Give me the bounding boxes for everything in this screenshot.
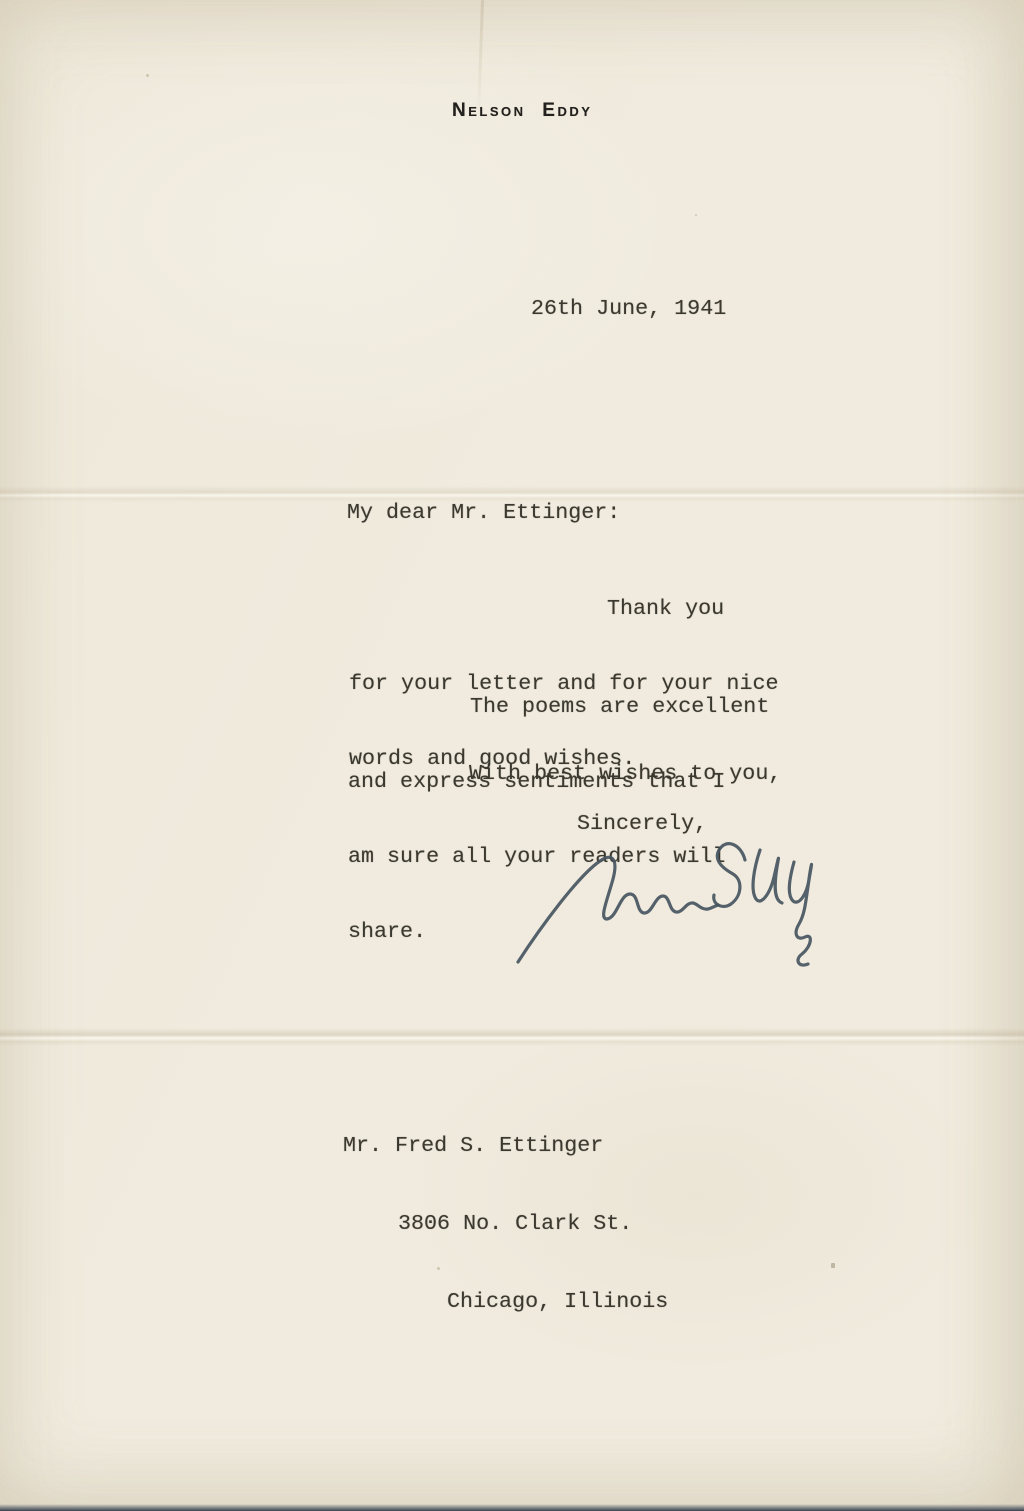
signature-stroke-dy xyxy=(789,862,811,965)
body-line: Thank you xyxy=(607,596,778,621)
closing-line: With best wishes to you, xyxy=(469,761,781,786)
recipient-street: 3806 No. Clark St. xyxy=(398,1211,668,1237)
paper-speck xyxy=(695,214,697,216)
salutation: My dear Mr. Ettinger: xyxy=(347,500,620,525)
date-line: 26th June, 1941 xyxy=(531,296,726,321)
recipient-name: Mr. Fred S. Ettinger xyxy=(343,1133,668,1159)
recipient-address: Mr. Fred S. Ettinger 3806 No. Clark St. … xyxy=(343,1081,668,1367)
body-line: share. xyxy=(348,919,769,944)
letter-page: Nelson Eddy 26th June, 1941 My dear Mr. … xyxy=(0,0,1024,1511)
letterhead-name: Nelson Eddy xyxy=(452,100,592,122)
valediction: Sincerely, xyxy=(577,811,707,836)
paper-speck xyxy=(831,1263,835,1268)
paper-speck xyxy=(146,74,149,77)
recipient-city: Chicago, Illinois xyxy=(447,1289,668,1315)
body-line: am sure all your readers will xyxy=(348,844,769,869)
scan-edge-shadow xyxy=(0,1504,1024,1511)
fold-crease-lower xyxy=(0,1028,1024,1046)
body-line: The poems are excellent xyxy=(470,694,769,719)
